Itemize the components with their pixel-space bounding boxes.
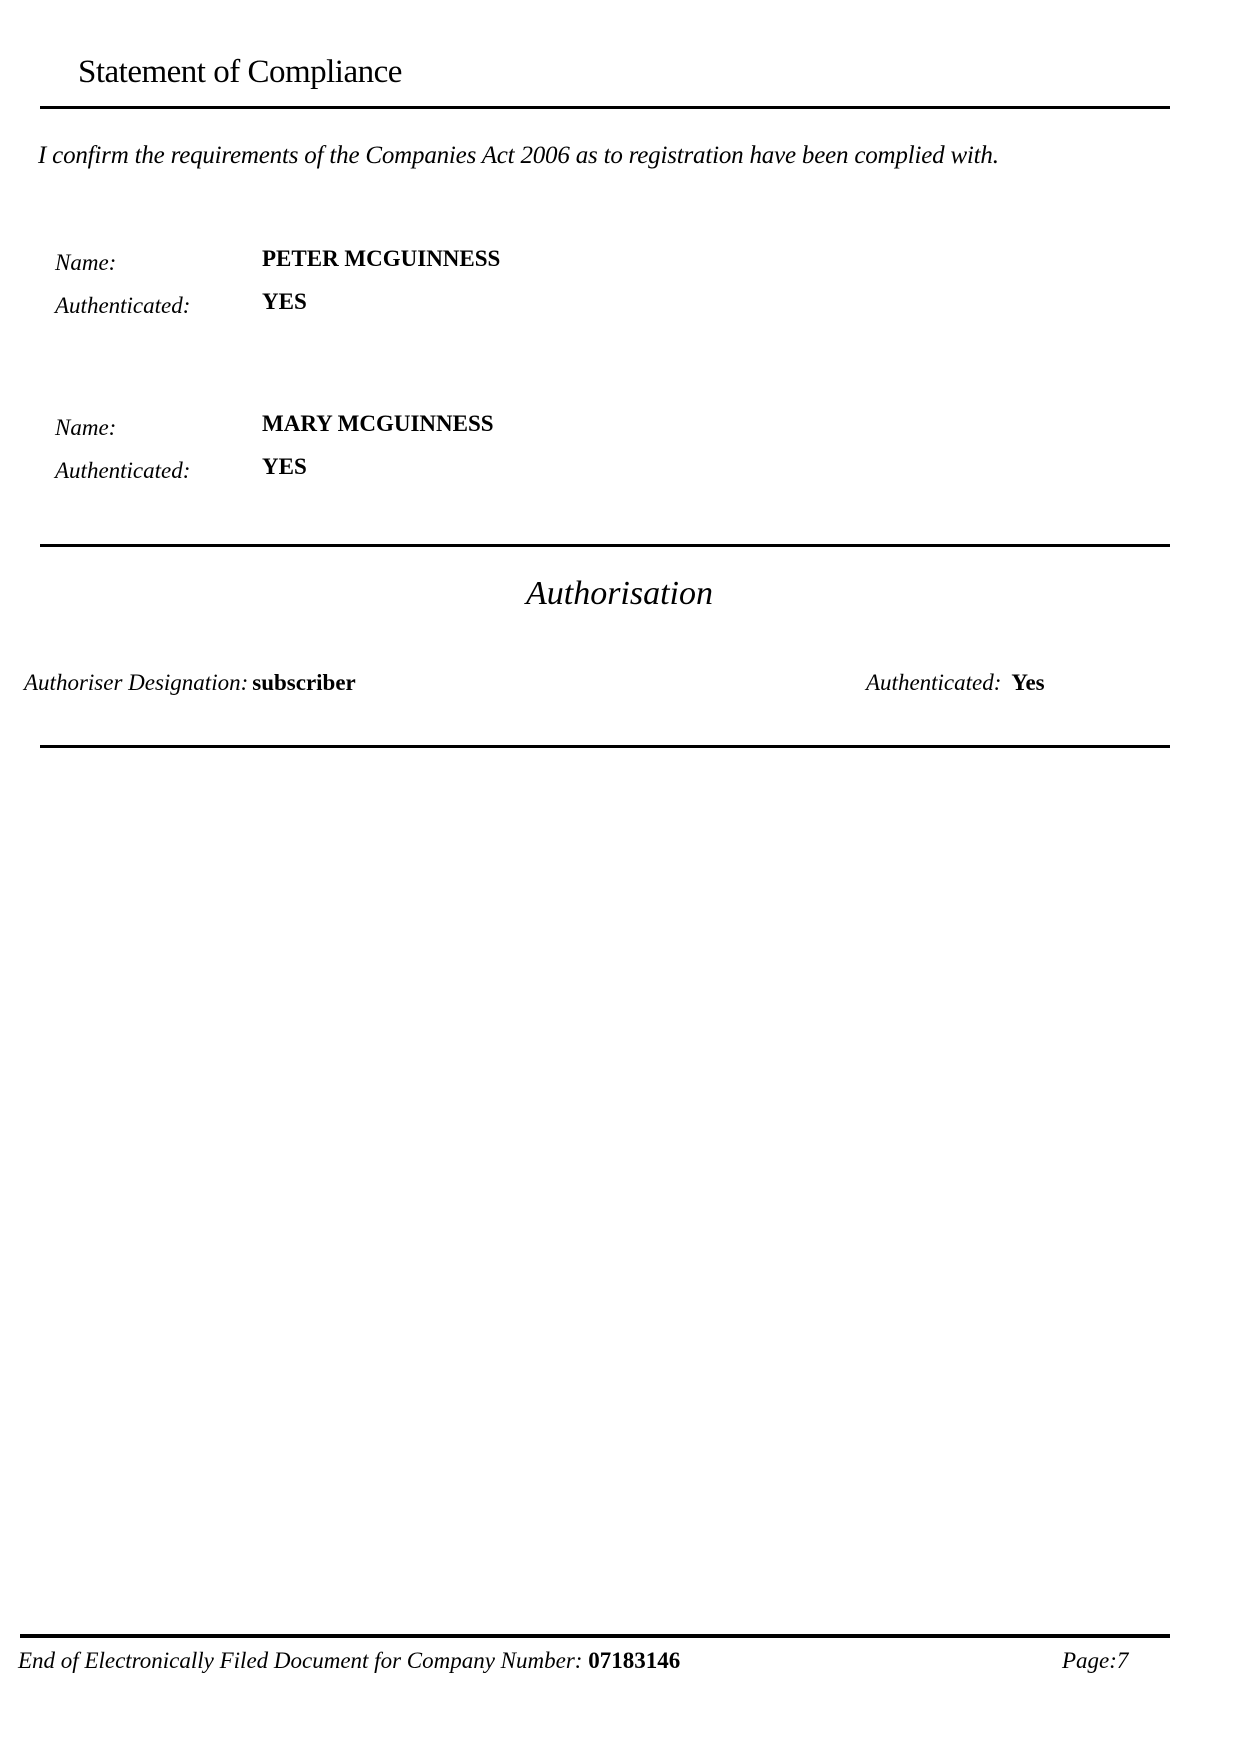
name-label: Name:	[55, 250, 116, 276]
designation-value: subscriber	[252, 670, 356, 695]
page-number: 7	[1117, 1648, 1129, 1673]
page-title: Statement of Compliance	[78, 54, 402, 91]
footer-note: End of Electronically Filed Document for…	[18, 1648, 680, 1674]
name-label: Name:	[55, 415, 116, 441]
company-number: 07183146	[588, 1648, 680, 1673]
authenticated-value: Yes	[1011, 670, 1044, 695]
authenticated-label: Authenticated:	[55, 458, 190, 484]
authenticated-label: Authenticated:	[866, 670, 1001, 695]
designation-label: Authoriser Designation:	[24, 670, 248, 695]
divider	[40, 106, 1170, 109]
divider	[40, 745, 1170, 748]
page-indicator: Page:7	[1062, 1648, 1128, 1674]
signatory-name: PETER MCGUINNESS	[262, 246, 500, 272]
authoriser-designation: Authoriser Designation: subscriber	[24, 670, 356, 696]
divider	[40, 544, 1170, 547]
page-label: Page:	[1062, 1648, 1117, 1673]
signatory-name: MARY MCGUINNESS	[262, 411, 494, 437]
compliance-statement: I confirm the requirements of the Compan…	[38, 142, 999, 170]
footer-text: End of Electronically Filed Document for…	[18, 1648, 582, 1673]
authorisation-authenticated: Authenticated: Yes	[866, 670, 1045, 696]
authenticated-label: Authenticated:	[55, 293, 190, 319]
footer-divider	[20, 1634, 1170, 1638]
authorisation-heading: Authorisation	[0, 575, 1239, 613]
authenticated-value: YES	[262, 289, 307, 315]
authenticated-value: YES	[262, 454, 307, 480]
